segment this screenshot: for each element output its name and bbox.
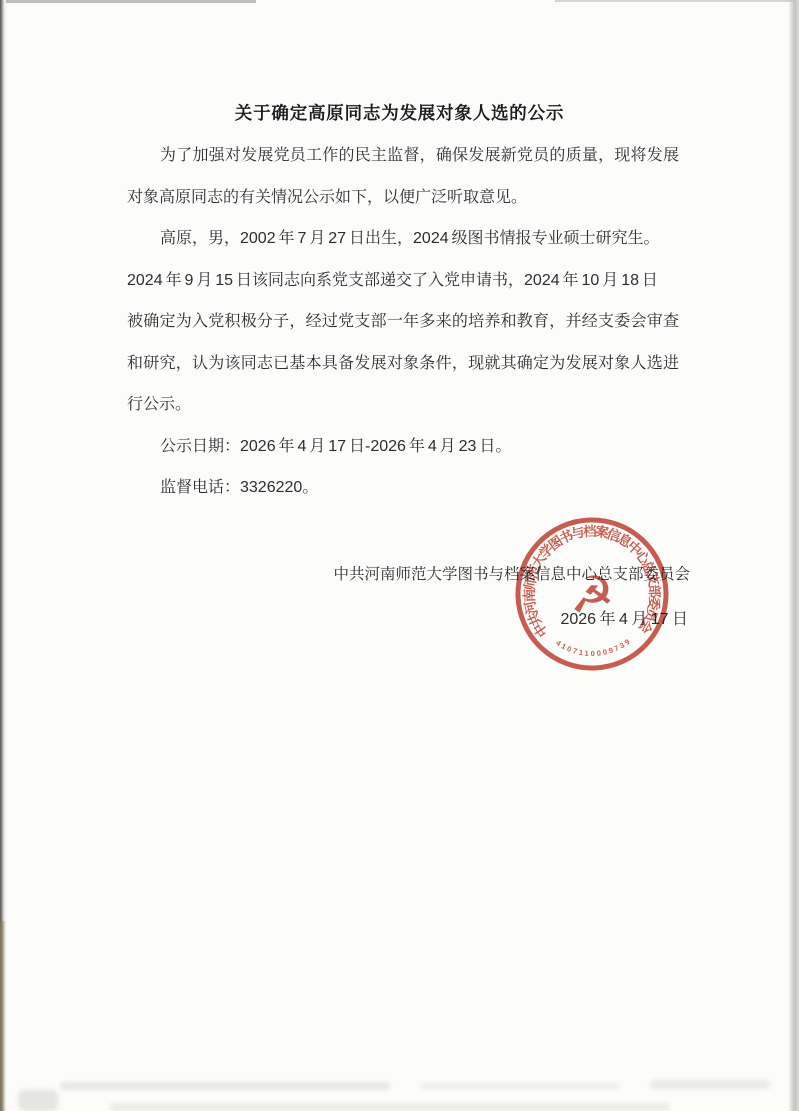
scan-edge-right <box>788 0 799 1111</box>
scan-edge-left-bottom <box>0 921 6 1111</box>
scan-edge-top-right <box>555 0 799 2</box>
body-line: 高原，男，2002 年 7 月 27 日出生，2024 级图书情报专业硕士研究生… <box>127 218 679 260</box>
scan-streak <box>60 1082 390 1090</box>
body-line: 对象高原同志的有关情况公示如下，以便广泛听取意见。 <box>127 177 679 219</box>
scanned-page: 关于确定高原同志为发展对象人选的公示 为了加强对发展党员工作的民主监督，确保发展… <box>0 0 799 1111</box>
scan-streak <box>420 1083 620 1089</box>
supervision-phone-line: 监督电话：3326220。 <box>127 467 679 509</box>
publicity-date-line: 公示日期：2026 年 4 月 17 日-2026 年 4 月 23 日。 <box>127 426 679 468</box>
official-seal: 中共河南师范大学图书与档案信息中心总支部委员会 ☭ 4107110009739 <box>509 511 674 676</box>
body-line: 和研究，认为该同志已基本具备发展对象条件，现就其确定为发展对象人选进 <box>127 343 679 385</box>
scan-streak <box>18 1090 58 1111</box>
scan-streak <box>110 1103 670 1111</box>
hammer-sickle-icon: ☭ <box>569 566 616 624</box>
scan-streak <box>650 1080 770 1089</box>
seal-code: 4107110009739 <box>554 636 634 660</box>
document-body: 为了加强对发展党员工作的民主监督，确保发展新党员的质量，现将发展 对象高原同志的… <box>127 135 679 509</box>
body-line: 为了加强对发展党员工作的民主监督，确保发展新党员的质量，现将发展 <box>127 135 679 177</box>
body-line: 行公示。 <box>127 384 679 426</box>
body-line: 被确定为入党积极分子，经过党支部一年多来的培养和教育，并经支委会审查 <box>127 301 679 343</box>
scan-edge-top <box>6 0 256 3</box>
document-title: 关于确定高原同志为发展对象人选的公示 <box>0 100 799 125</box>
body-line: 2024 年 9 月 15 日该同志向系党支部递交了入党申请书，2024 年 1… <box>127 260 679 302</box>
